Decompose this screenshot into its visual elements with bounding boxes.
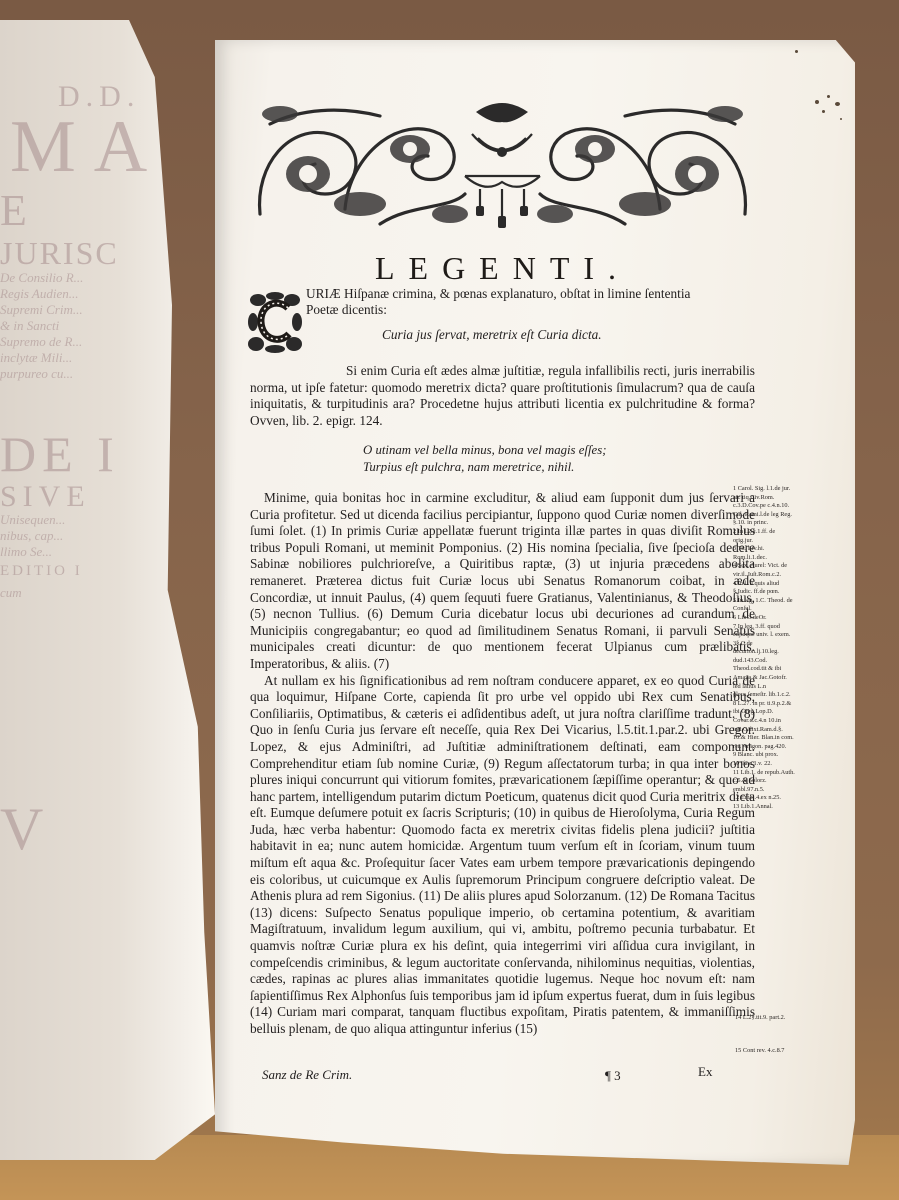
- ghost-text: SIVE: [0, 480, 91, 514]
- ghost-text: cum: [0, 585, 22, 601]
- ghost-text: Unisequen...: [0, 512, 65, 528]
- margin-note: 1 Carol. Sig. l.1.de jur. an. tiq.Civ.Ro…: [733, 485, 795, 528]
- margin-note: 11 Lib.1. de repub.Auth. c.5.& Solorz. e…: [733, 769, 795, 795]
- verse-line: O utinam vel bella minus, bona vel magis…: [363, 442, 606, 459]
- margin-note: 13 Lib.1.Annal.: [733, 803, 795, 812]
- ghost-text: JURISC: [0, 235, 119, 272]
- margin-note: 4 Sex. Aurel: Vict. de vir.il. Iuſt.Rom.…: [733, 562, 795, 579]
- ghost-text: DE I: [0, 425, 120, 483]
- margin-note: 9 Blanc. ubi prox.: [733, 751, 795, 760]
- epigram-quote: Curia jus ſervat, meretrix eſt Curia dic…: [382, 327, 602, 343]
- ghost-text: Supremi Crim...: [0, 302, 83, 318]
- foxing-spot: [827, 95, 830, 98]
- verse-block: O utinam vel bella minus, bona vel magis…: [363, 442, 606, 476]
- margin-note: 4 In l. ſi quis aliud §.Iudic. ff.de pœn…: [733, 580, 795, 597]
- ghost-text: V: [0, 795, 43, 864]
- foxing-spot: [840, 118, 842, 120]
- margin-note: 8 L.27. in pr. ti.9.p.2.& ibi Greg.Lop.D…: [733, 700, 795, 752]
- paragraph-3: At nullam ex his ſignificationibus ad re…: [250, 673, 755, 1038]
- intro-line-2: Poetæ dicentis:: [306, 302, 387, 318]
- foxing-spot: [815, 100, 819, 104]
- foxing-spot: [795, 50, 798, 53]
- paragraph-1: Si enim Curia eſt ædes almæ juſtitiæ, re…: [250, 363, 755, 429]
- foxing-spot: [822, 110, 825, 113]
- ghost-text: purpureo cu...: [0, 366, 73, 382]
- catchword: Ex: [698, 1064, 712, 1080]
- margin-note: 6 Lib.3.deOr.: [733, 614, 795, 623]
- left-facing-page: D.D. MA E JURISC De Consilio R... Regis …: [0, 20, 215, 1160]
- decorated-initial-c: [248, 290, 302, 354]
- ghost-text: nibus, cap...: [0, 528, 63, 544]
- intro-line-1: URIÆ Hiſpanæ crimina, & pœnas explanatur…: [306, 286, 758, 303]
- ghost-text: llimo Se...: [0, 544, 52, 560]
- margin-note: 3 Tit. Liv.hi. Rom.li.1.dec.: [733, 545, 795, 562]
- ghost-text: EDITIO I: [0, 563, 83, 580]
- ghost-text: E: [0, 185, 27, 236]
- margin-note: 12 Embl.4.ex n.25.: [733, 794, 795, 803]
- ghost-text: MA: [10, 105, 165, 190]
- main-body: Minime, quia bonitas hoc in carmine excl…: [250, 490, 755, 1038]
- paragraph-2: Minime, quia bonitas hoc in carmine excl…: [250, 490, 755, 673]
- margin-note: 5 In leg. 1.C. Theod. de Conſul.: [733, 597, 795, 614]
- ghost-text: & in Sancti: [0, 318, 59, 334]
- margin-note: 15 Cont rev. 4.c.8.7: [735, 1047, 795, 1056]
- signature-line: Sanz de Re Crim.: [262, 1067, 352, 1083]
- margin-note: 7 In leg. 3.ff. quod cujuſque univ. l. e…: [733, 623, 795, 700]
- signature-mark: ¶ 3: [605, 1068, 621, 1084]
- ghost-text: Supremo de R...: [0, 334, 82, 350]
- ghost-text: Regis Audien...: [0, 286, 78, 302]
- margin-note: 14 L.2§.tit.9. part.2.: [735, 1014, 795, 1023]
- margin-note: 10 Iſa.c.1.v. 22.: [733, 760, 795, 769]
- verse-line: Turpius eſt pulchra, nam meretrice, nihi…: [363, 459, 606, 476]
- ghost-text: De Consilio R...: [0, 270, 83, 286]
- ghost-text: inclytæ Mili...: [0, 350, 72, 366]
- woodcut-headpiece-ornament: [250, 94, 755, 232]
- foxing-spot: [835, 102, 840, 106]
- marginal-notes: 1 Carol. Sig. l.1.de jur. an. tiq.Civ.Ro…: [733, 485, 795, 812]
- margin-note: 2 In l.2.§.1.ff. de orig.jur.: [733, 528, 795, 545]
- page-title: LEGENTI.: [250, 250, 755, 287]
